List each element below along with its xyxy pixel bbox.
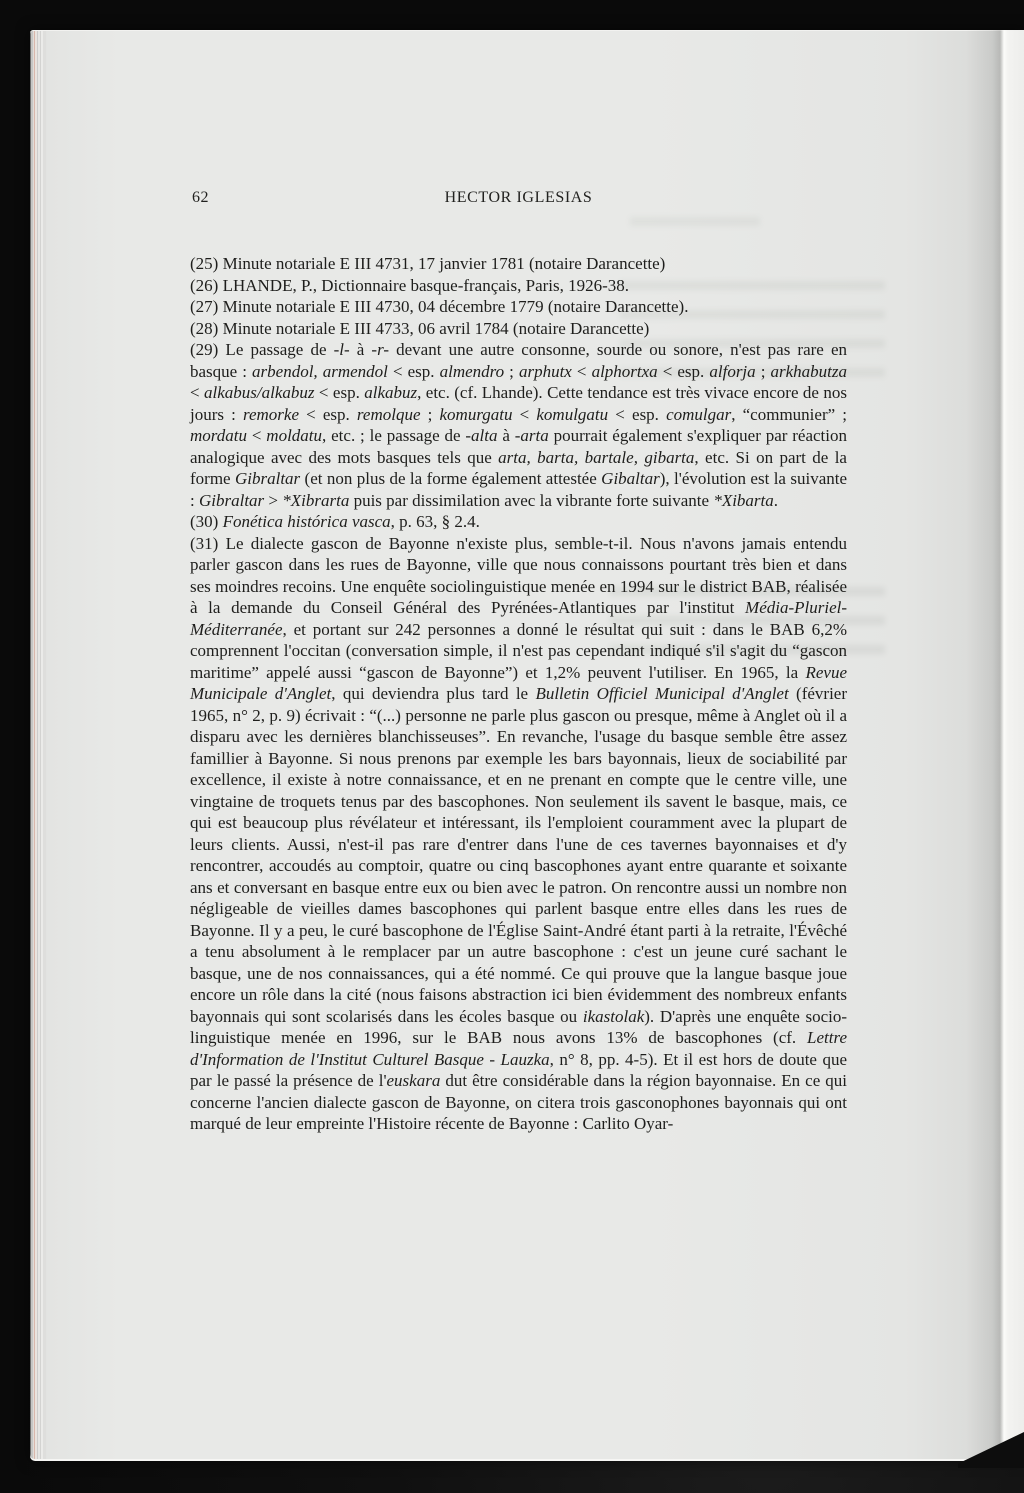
footnote-30: (30) Fonética histórica vasca, p. 63, § … [190,511,847,533]
gutter-crease [966,30,1024,1461]
footnote-27: (27) Minute notariale E III 4730, 04 déc… [190,296,847,318]
bleedthrough-smudge [630,217,760,241]
running-header: HECTOR IGLESIAS [190,189,847,207]
footnote-29: (29) Le passage de -l- à -r- devant une … [190,339,847,511]
photo-of-book-page: { "colors": { "backdrop": "#0a0a0a", "pa… [0,0,1024,1493]
footnote-26: (26) LHANDE, P., Dictionnaire basque-fra… [190,275,847,297]
footnote-31: (31) Le dialecte gascon de Bayonne n'exi… [190,533,847,1135]
notes-section: (25) Minute notariale E III 4731, 17 jan… [190,253,847,1135]
book-page: 62 HECTOR IGLESIAS (25) Minute notariale… [30,30,1024,1461]
footnote-25: (25) Minute notariale E III 4731, 17 jan… [190,253,847,275]
page-header: 62 HECTOR IGLESIAS [190,189,847,211]
page-stack-edge [30,31,46,1459]
footnote-28: (28) Minute notariale E III 4733, 06 avr… [190,318,847,340]
